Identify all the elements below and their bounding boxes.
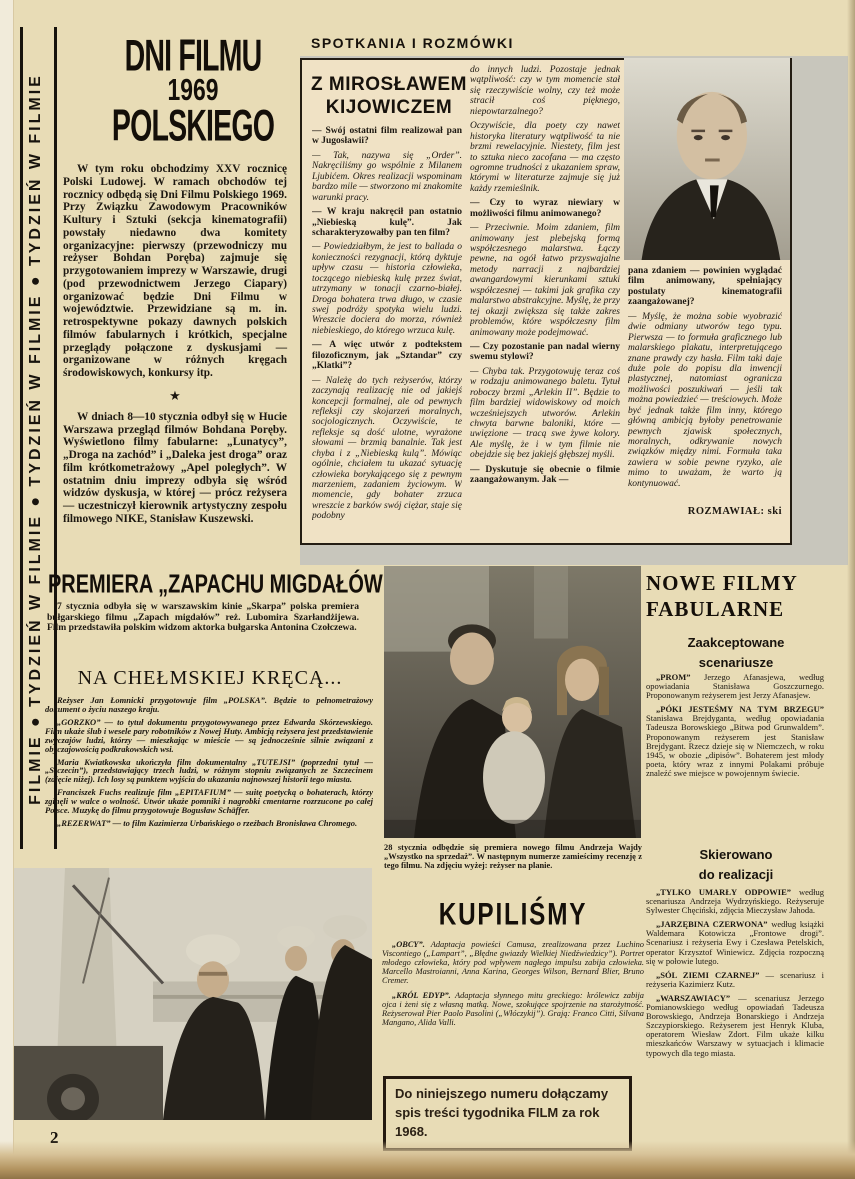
interview-paragraph: — W kraju nakręcił pan ostatnio „Niebies… <box>312 207 462 238</box>
nowe-filmy-title: NOWE FILMY FABULARNE <box>646 570 826 623</box>
chelmska-paragraph: Maria Kwiatkowska ukończyła film dokumen… <box>45 758 373 785</box>
interview-kicker: SPOTKANIA I ROZMÓWKI <box>311 35 514 51</box>
film-title: „KRÓL EDYP”. <box>392 991 451 1000</box>
interview-paragraph: do innych ludzi. Pozostaje jednak wątpli… <box>470 65 620 117</box>
directed-films-list: „TYLKO UMARŁY ODPOWIE” według scenariusz… <box>646 888 824 1146</box>
film-description: Stanisława Brejdyganta, według opowiadan… <box>646 713 824 778</box>
interview-title: Z MIROSŁAWEM KIJOWICZEM <box>308 74 470 120</box>
interview-column-3: pana zdaniem — powinien wyglądać film an… <box>628 266 782 502</box>
script-item: „PROM” Jerzego Afanasjewa, według opowia… <box>646 673 824 700</box>
interview-paragraph: — Dyskutuje się obecnie o filmie zaangaż… <box>470 465 620 486</box>
kupilismy-title: KUPILIŚMY <box>397 897 629 933</box>
kupilismy-list: „OBCY”. Adaptacja powieści Camusa, zreal… <box>382 940 644 1033</box>
lead-article-paragraph: W tym roku obchodzimy XXV rocznicę Polsk… <box>63 163 287 380</box>
interview-paragraph: — Należę do tych reżyserów, którzy zaczy… <box>312 376 462 522</box>
masthead-line2: 1969 <box>99 74 287 105</box>
lead-article: W tym roku obchodzimy XXV rocznicę Polsk… <box>63 163 287 526</box>
film-description: — scenariusz Jerzego Pomianowskiego wedł… <box>646 993 824 1058</box>
lead-article-paragraph: W dniach 8—10 stycznia odbył się w Hucie… <box>63 411 287 526</box>
interview-paragraph: — Powiedziałbym, że jest to ballada o ko… <box>312 242 462 336</box>
kupilismy-paragraph: „OBCY”. Adaptacja powieści Camusa, zreal… <box>382 940 644 985</box>
script-item: „PÓKI JESTEŚMY NA TYM BRZEGU” Stanisława… <box>646 705 824 778</box>
interview-paragraph: — A więc utwór z podtekstem filozoficzny… <box>312 340 462 371</box>
chelmska-paragraph: Reżyser Jan Łomnicki przygotowuje film „… <box>45 696 373 714</box>
premiera-lead: 7 stycznia odbyła się w warszawskim kini… <box>47 602 359 634</box>
nowe-filmy-title-line2: FABULARNE <box>646 597 784 621</box>
interview-paragraph: — Swój ostatni film realizował pan w Jug… <box>312 126 462 147</box>
masthead-line3: POLSKIEGO <box>103 104 283 148</box>
interview-title-line2: KIJOWICZEM <box>326 97 452 118</box>
magazine-page: FILMIE ● TYDZIEŃ W FILMIE ● TYDZIEŃ W FI… <box>0 0 855 1179</box>
nowe-filmy-title-line1: NOWE FILMY <box>646 571 798 595</box>
photo-caption: 28 stycznia odbędzie się premiera nowego… <box>384 843 642 870</box>
kupilismy-paragraph: „KRÓL EDYP”. Adaptacja słynnego mitu gre… <box>382 991 644 1027</box>
chelmska-paragraph: „REZERWAT” — to film Kazimierza Urbański… <box>45 819 373 828</box>
interview-paragraph: — Czy to wyraz niewiary w możliwości fil… <box>470 198 620 219</box>
portrait-photo-kijowicz <box>624 58 790 260</box>
script-item: „SÓL ZIEMI CZARNEJ” — scenariusz i reżys… <box>646 971 824 989</box>
subhead-zaakceptowane: Zaakceptowane scenariusze <box>646 633 826 672</box>
interview-column-1: — Swój ostatni film realizował pan w Jug… <box>312 126 462 536</box>
interview-paragraph: — Tak, nazywa się „Order”. Nakręciliśmy … <box>312 151 462 203</box>
interview-box: Z MIROSŁAWEM KIJOWICZEM — Swój ostatni f… <box>300 58 792 545</box>
masthead: DNI FILMU 1969 POLSKIEGO <box>86 34 300 138</box>
sidebar-rule-left <box>20 27 23 849</box>
chelmska-paragraphs: Reżyser Jan Łomnicki przygotowuje film „… <box>45 696 373 832</box>
accepted-scripts-list: „PROM” Jerzego Afanasjewa, według opowia… <box>646 673 824 843</box>
interview-closing: ROZMAWIAŁ: ski <box>628 506 782 517</box>
script-item: „TYLKO UMARŁY ODPOWIE” według scenariusz… <box>646 888 824 915</box>
interview-paragraph: Oczywiście, dla poety czy nawet historyk… <box>470 121 620 194</box>
scan-edge-right <box>847 0 855 1179</box>
script-item: „JARZĘBINA CZERWONA” według książki Wald… <box>646 920 824 965</box>
interview-paragraph: — Przeciwnie. Moim zdaniem, film animowa… <box>470 223 620 338</box>
chelmska-paragraph: Franciszek Fuchs realizuje film „EPITAFI… <box>45 788 373 815</box>
film-title: „OBCY”. <box>392 940 425 949</box>
interview-paragraph: — Chyba tak. Przygotowuję teraz coś w ro… <box>470 367 620 461</box>
interview-paragraph: — Czy pozostanie pan nadal wierny swemu … <box>470 342 620 363</box>
interview-paragraph: pana zdaniem — powinien wyglądać film an… <box>628 266 782 308</box>
interview-title-line1: Z MIROSŁAWEM <box>311 74 467 95</box>
interview-column-2: do innych ludzi. Pozostaje jednak wątpli… <box>470 65 620 536</box>
photo-workers-tutejsi <box>13 868 372 1120</box>
scan-edge-left <box>0 0 14 1179</box>
chelmska-paragraph: „GORZKO” — to tytuł dokumentu przygotowy… <box>45 718 373 754</box>
chelmska-title: NA CHEŁMSKIEJ KRĘCĄ... <box>45 667 375 690</box>
script-item: „WARSZAWIACY” — scenariusz Jerzego Pomia… <box>646 994 824 1058</box>
star-divider: ★ <box>63 388 287 404</box>
insert-announcement-box: Do niniejszego numeru dołączamy spis tre… <box>383 1076 632 1151</box>
interview-paragraph: — Myślę, że można sobie wyobrazić dwie o… <box>628 312 782 489</box>
scan-edge-bottom <box>0 1141 855 1179</box>
subhead-skierowano: Skierowano do realizacji <box>646 845 826 884</box>
photo-wajda-on-set <box>384 566 641 838</box>
premiera-title: PREMIERA „ZAPACHU MIGDAŁÓW” <box>48 570 376 600</box>
